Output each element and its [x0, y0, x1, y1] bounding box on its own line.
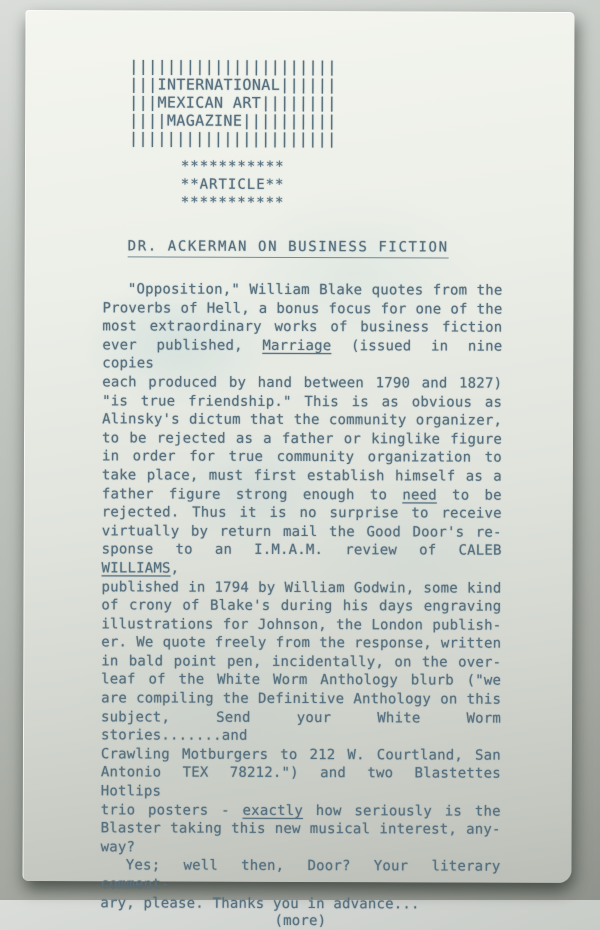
magazine-logo: |||||||||||||||||||||| |||INTERNATIONAL|…: [129, 57, 337, 212]
body-line: "Opposition," William Blake quotes from …: [103, 280, 503, 300]
body-line: trio posters - exactly how seriously is …: [101, 801, 501, 821]
body-line: Blaster taking this new musical interest…: [101, 820, 501, 840]
banner-line: ***********: [129, 157, 337, 176]
body-line: "is true friendship." This is as obvious…: [102, 392, 502, 412]
article-title: DR. ACKERMAN ON BUSINESS FICTION: [128, 238, 503, 255]
photo-background: { "colors":{"ink":"#57707f","paper":"#e9…: [0, 0, 600, 900]
paper-page: |||||||||||||||||||||| |||INTERNATIONAL|…: [22, 10, 574, 883]
body-line: Proverbs of Hell, a bonus focus for one …: [102, 299, 502, 319]
body-line: Alinsky's dictum that the community orga…: [102, 410, 502, 430]
body-line: most extraordinary works of business fic…: [102, 318, 502, 338]
body-line: are compiling the Definitive Anthology o…: [101, 689, 501, 709]
body-line: illustrations for Johnson, the London pu…: [101, 615, 501, 635]
logo-line: |||MEXICAN ART||||||||: [129, 93, 337, 112]
body-line: Antonio TEX 78212.") and two Blastettes …: [101, 764, 501, 803]
body-line: of crony of Blake's during his days engr…: [101, 596, 501, 616]
body-line: er. We quote freely from the response, w…: [101, 634, 501, 654]
banner-line: **ARTICLE**: [129, 175, 337, 194]
logo-line: ||||||||||||||||||||||: [129, 129, 337, 148]
body-line: in bald point pen, incidentally, on the …: [101, 652, 501, 672]
body-line: virtually by return mail the Good Door's…: [102, 522, 502, 542]
logo-line: ||||||||||||||||||||||: [129, 57, 337, 76]
logo-line: |||INTERNATIONAL||||||: [129, 75, 337, 94]
body-line: rejected. Thus it is no surprise to rece…: [102, 503, 502, 523]
body-line: Yes; well then, Door? Your literary comm…: [100, 857, 500, 896]
body-line: ever published, Marriage (issued in nine…: [102, 336, 502, 375]
body-line: each produced by hand between 1790 and 1…: [102, 373, 502, 393]
article-title-text: DR. ACKERMAN ON BUSINESS FICTION: [128, 238, 449, 258]
body-line: to be rejected as a father or kinglike f…: [102, 429, 502, 449]
body-line: sponse to an I.M.A.M. review of CALEB WI…: [102, 541, 502, 580]
banner-line: ***********: [129, 193, 337, 212]
body-line: way?: [101, 838, 501, 858]
article-body: "Opposition," William Blake quotes from …: [100, 280, 502, 900]
body-line: published in 1794 by William Godwin, som…: [101, 578, 501, 598]
body-line: ary, please. Thanks you in advance...: [100, 894, 500, 900]
body-line: in order for true community organization…: [102, 448, 502, 468]
article-banner: *********** **ARTICLE** ***********: [129, 157, 337, 212]
logo-line: ||||MAGAZINE||||||||||: [129, 111, 337, 130]
body-line: father figure strong enough to need to b…: [102, 485, 502, 505]
body-line: take place, must first establish himself…: [102, 466, 502, 486]
body-line: Crawling Motburgers to 212 W. Courtland,…: [101, 745, 501, 765]
body-line: leaf of the White Worm Anthology blurb (…: [101, 671, 501, 691]
body-line: subject, Send your White Worm stories...…: [101, 708, 501, 747]
